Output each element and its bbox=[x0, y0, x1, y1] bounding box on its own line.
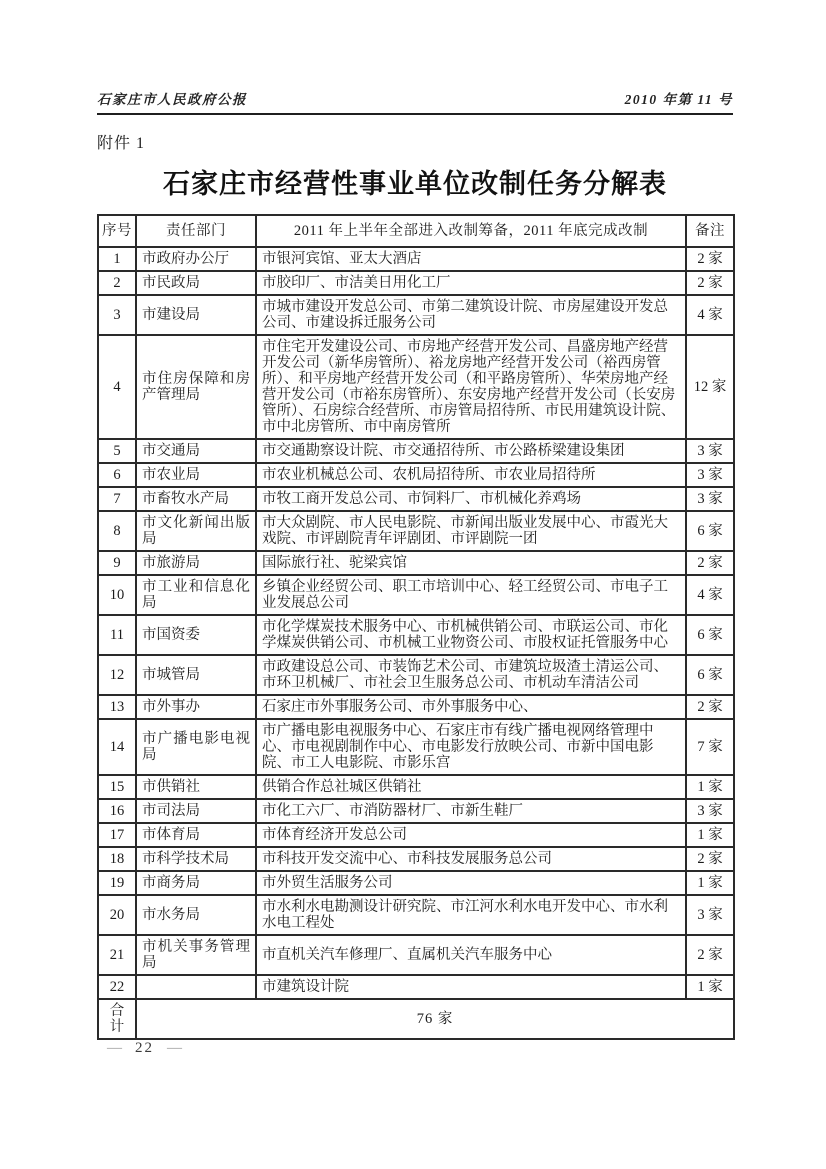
row-units: 石家庄市外事服务公司、市外事服务中心、 bbox=[256, 695, 686, 719]
table-row: 11 市国资委 市化学煤炭技术服务中心、市机械供销公司、市联运公司、市化学煤炭供… bbox=[98, 615, 734, 655]
row-number: 18 bbox=[98, 847, 136, 871]
row-note: 3 家 bbox=[686, 895, 734, 935]
row-note: 3 家 bbox=[686, 799, 734, 823]
table-row: 4 市住房保障和房产管理局 市住宅开发建设公司、市房地产经营开发公司、昌盛房地产… bbox=[98, 335, 734, 439]
row-note: 4 家 bbox=[686, 295, 734, 335]
row-department: 市水务局 bbox=[136, 895, 256, 935]
row-number: 14 bbox=[98, 719, 136, 775]
table-row: 8 市文化新闻出版局 市大众剧院、市人民电影院、市新闻出版业发展中心、市霞光大戏… bbox=[98, 511, 734, 551]
row-number: 10 bbox=[98, 575, 136, 615]
table-row: 9 市旅游局 国际旅行社、驼梁宾馆 2 家 bbox=[98, 551, 734, 575]
row-number: 6 bbox=[98, 463, 136, 487]
table-row: 12 市城管局 市政建设总公司、市装饰艺术公司、市建筑垃圾渣土清运公司、市环卫机… bbox=[98, 655, 734, 695]
row-note: 2 家 bbox=[686, 695, 734, 719]
table-row: 6 市农业局 市农业机械总公司、农机局招待所、市农业局招待所 3 家 bbox=[98, 463, 734, 487]
table-row: 20 市水务局 市水利水电勘测设计研究院、市江河水利水电开发中心、市水利水电工程… bbox=[98, 895, 734, 935]
row-units: 市城市建设开发总公司、市第二建筑设计院、市房屋建设开发总公司、市建设拆迁服务公司 bbox=[256, 295, 686, 335]
row-department: 市农业局 bbox=[136, 463, 256, 487]
row-units: 市牧工商开发总公司、市饲料厂、市机械化养鸡场 bbox=[256, 487, 686, 511]
table-row: 14 市广播电影电视局 市广播电影电视服务中心、石家庄市有线广播电视网络管理中心… bbox=[98, 719, 734, 775]
row-department: 市体育局 bbox=[136, 823, 256, 847]
table-row: 17 市体育局 市体育经济开发总公司 1 家 bbox=[98, 823, 734, 847]
row-department: 市民政局 bbox=[136, 271, 256, 295]
restructuring-task-table: 序号 责任部门 2011 年上半年全部进入改制筹备，2011 年底完成改制 备注… bbox=[97, 214, 735, 1040]
row-units: 市银河宾馆、亚太大酒店 bbox=[256, 247, 686, 271]
row-department: 市文化新闻出版局 bbox=[136, 511, 256, 551]
row-department: 市国资委 bbox=[136, 615, 256, 655]
row-department: 市住房保障和房产管理局 bbox=[136, 335, 256, 439]
row-units: 市直机关汽车修理厂、直属机关汽车服务中心 bbox=[256, 935, 686, 975]
table-row: 21 市机关事务管理局 市直机关汽车修理厂、直属机关汽车服务中心 2 家 bbox=[98, 935, 734, 975]
row-units: 市水利水电勘测设计研究院、市江河水利水电开发中心、市水利水电工程处 bbox=[256, 895, 686, 935]
gazette-title: 石家庄市人民政府公报 bbox=[97, 88, 247, 108]
row-units: 市胶印厂、市洁美日用化工厂 bbox=[256, 271, 686, 295]
page-footer: — 22 — bbox=[107, 1040, 182, 1057]
row-units: 市体育经济开发总公司 bbox=[256, 823, 686, 847]
table-row: 18 市科学技术局 市科技开发交流中心、市科技发展服务总公司 2 家 bbox=[98, 847, 734, 871]
row-note: 2 家 bbox=[686, 847, 734, 871]
row-units: 供销合作总社城区供销社 bbox=[256, 775, 686, 799]
row-number: 16 bbox=[98, 799, 136, 823]
row-note: 6 家 bbox=[686, 615, 734, 655]
row-number: 19 bbox=[98, 871, 136, 895]
table-row: 7 市畜牧水产局 市牧工商开发总公司、市饲料厂、市机械化养鸡场 3 家 bbox=[98, 487, 734, 511]
table-row: 5 市交通局 市交通勘察设计院、市交通招待所、市公路桥梁建设集团 3 家 bbox=[98, 439, 734, 463]
row-department: 市畜牧水产局 bbox=[136, 487, 256, 511]
row-units: 市大众剧院、市人民电影院、市新闻出版业发展中心、市霞光大戏院、市评剧院青年评剧团… bbox=[256, 511, 686, 551]
table-row: 3 市建设局 市城市建设开发总公司、市第二建筑设计院、市房屋建设开发总公司、市建… bbox=[98, 295, 734, 335]
row-department: 市司法局 bbox=[136, 799, 256, 823]
row-note: 3 家 bbox=[686, 463, 734, 487]
table-row: 22 市建筑设计院 1 家 bbox=[98, 975, 734, 999]
row-note: 3 家 bbox=[686, 487, 734, 511]
table-row: 2 市民政局 市胶印厂、市洁美日用化工厂 2 家 bbox=[98, 271, 734, 295]
row-units: 市广播电影电视服务中心、石家庄市有线广播电视网络管理中心、市电视剧制作中心、市电… bbox=[256, 719, 686, 775]
row-department: 市旅游局 bbox=[136, 551, 256, 575]
table-row: 1 市政府办公厅 市银河宾馆、亚太大酒店 2 家 bbox=[98, 247, 734, 271]
row-number: 11 bbox=[98, 615, 136, 655]
row-units: 国际旅行社、驼梁宾馆 bbox=[256, 551, 686, 575]
row-department: 市交通局 bbox=[136, 439, 256, 463]
row-number: 13 bbox=[98, 695, 136, 719]
footer-dash-right: — bbox=[167, 1040, 182, 1057]
row-number: 8 bbox=[98, 511, 136, 551]
table-header-row: 序号 责任部门 2011 年上半年全部进入改制筹备，2011 年底完成改制 备注 bbox=[98, 215, 734, 247]
attachment-label: 附件 1 bbox=[97, 130, 733, 153]
row-note: 2 家 bbox=[686, 247, 734, 271]
row-units: 市建筑设计院 bbox=[256, 975, 686, 999]
row-department bbox=[136, 975, 256, 999]
issue-number: 2010 年第 11 号 bbox=[625, 88, 733, 108]
row-units: 市外贸生活服务公司 bbox=[256, 871, 686, 895]
row-department: 市科学技术局 bbox=[136, 847, 256, 871]
row-number: 3 bbox=[98, 295, 136, 335]
row-department: 市政府办公厅 bbox=[136, 247, 256, 271]
row-note: 2 家 bbox=[686, 551, 734, 575]
page-header: 石家庄市人民政府公报 2010 年第 11 号 bbox=[97, 88, 733, 108]
col-header-number: 序号 bbox=[98, 215, 136, 247]
col-header-note: 备注 bbox=[686, 215, 734, 247]
col-header-units: 2011 年上半年全部进入改制筹备，2011 年底完成改制 bbox=[256, 215, 686, 247]
row-number: 12 bbox=[98, 655, 136, 695]
row-note: 1 家 bbox=[686, 975, 734, 999]
footer-dash-left: — bbox=[107, 1040, 122, 1057]
table-row: 16 市司法局 市化工六厂、市消防器材厂、市新生鞋厂 3 家 bbox=[98, 799, 734, 823]
row-note: 1 家 bbox=[686, 871, 734, 895]
row-number: 5 bbox=[98, 439, 136, 463]
total-value: 76 家 bbox=[136, 999, 734, 1039]
row-number: 21 bbox=[98, 935, 136, 975]
page-number: 22 bbox=[135, 1040, 154, 1057]
row-note: 12 家 bbox=[686, 335, 734, 439]
row-department: 市广播电影电视局 bbox=[136, 719, 256, 775]
row-note: 1 家 bbox=[686, 775, 734, 799]
row-note: 2 家 bbox=[686, 935, 734, 975]
row-units: 市化工六厂、市消防器材厂、市新生鞋厂 bbox=[256, 799, 686, 823]
row-note: 2 家 bbox=[686, 271, 734, 295]
row-units: 市交通勘察设计院、市交通招待所、市公路桥梁建设集团 bbox=[256, 439, 686, 463]
row-department: 市工业和信息化局 bbox=[136, 575, 256, 615]
row-note: 3 家 bbox=[686, 439, 734, 463]
row-number: 20 bbox=[98, 895, 136, 935]
row-department: 市城管局 bbox=[136, 655, 256, 695]
row-department: 市建设局 bbox=[136, 295, 256, 335]
row-number: 1 bbox=[98, 247, 136, 271]
row-department: 市外事办 bbox=[136, 695, 256, 719]
row-units: 市农业机械总公司、农机局招待所、市农业局招待所 bbox=[256, 463, 686, 487]
document-page: 石家庄市人民政府公报 2010 年第 11 号 附件 1 石家庄市经营性事业单位… bbox=[97, 88, 733, 1040]
table-body: 1 市政府办公厅 市银河宾馆、亚太大酒店 2 家 2 市民政局 市胶印厂、市洁美… bbox=[98, 247, 734, 999]
row-units: 乡镇企业经贸公司、职工市培训中心、轻工经贸公司、市电子工业发展总公司 bbox=[256, 575, 686, 615]
row-number: 22 bbox=[98, 975, 136, 999]
total-label: 合计 bbox=[98, 999, 136, 1039]
row-note: 1 家 bbox=[686, 823, 734, 847]
row-department: 市商务局 bbox=[136, 871, 256, 895]
row-number: 4 bbox=[98, 335, 136, 439]
row-units: 市化学煤炭技术服务中心、市机械供销公司、市联运公司、市化学煤炭供销公司、市机械工… bbox=[256, 615, 686, 655]
row-units: 市政建设总公司、市装饰艺术公司、市建筑垃圾渣土清运公司、市环卫机械厂、市社会卫生… bbox=[256, 655, 686, 695]
col-header-department: 责任部门 bbox=[136, 215, 256, 247]
table-row: 10 市工业和信息化局 乡镇企业经贸公司、职工市培训中心、轻工经贸公司、市电子工… bbox=[98, 575, 734, 615]
table-row: 19 市商务局 市外贸生活服务公司 1 家 bbox=[98, 871, 734, 895]
row-number: 2 bbox=[98, 271, 136, 295]
row-number: 15 bbox=[98, 775, 136, 799]
header-rule bbox=[97, 113, 733, 115]
row-note: 7 家 bbox=[686, 719, 734, 775]
row-note: 6 家 bbox=[686, 511, 734, 551]
row-units: 市科技开发交流中心、市科技发展服务总公司 bbox=[256, 847, 686, 871]
row-department: 市机关事务管理局 bbox=[136, 935, 256, 975]
row-department: 市供销社 bbox=[136, 775, 256, 799]
row-note: 4 家 bbox=[686, 575, 734, 615]
row-units: 市住宅开发建设公司、市房地产经营开发公司、昌盛房地产经营开发公司（新华房管所）、… bbox=[256, 335, 686, 439]
table-row: 15 市供销社 供销合作总社城区供销社 1 家 bbox=[98, 775, 734, 799]
row-number: 7 bbox=[98, 487, 136, 511]
total-row: 合计 76 家 bbox=[98, 999, 734, 1039]
row-note: 6 家 bbox=[686, 655, 734, 695]
row-number: 9 bbox=[98, 551, 136, 575]
table-row: 13 市外事办 石家庄市外事服务公司、市外事服务中心、 2 家 bbox=[98, 695, 734, 719]
document-title: 石家庄市经营性事业单位改制任务分解表 bbox=[97, 162, 733, 201]
row-number: 17 bbox=[98, 823, 136, 847]
